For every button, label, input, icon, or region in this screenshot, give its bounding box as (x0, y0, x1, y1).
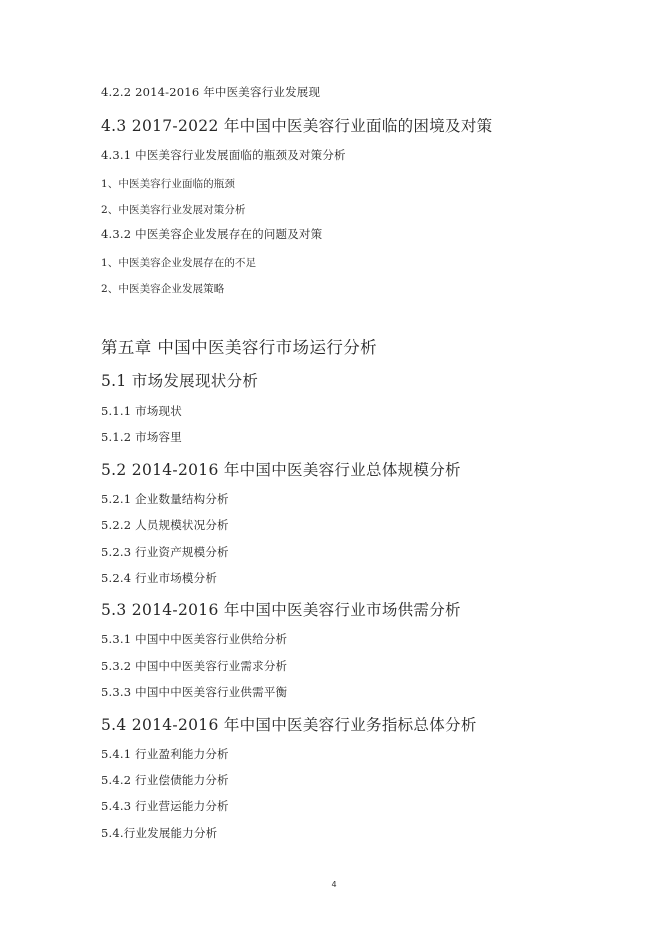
toc-entry-5-3-1: 5.3.1 中国中中医美容行业供给分析 (101, 631, 287, 647)
toc-item-4-3-1-1: 1、中医美容行业面临的瓶颈 (101, 176, 235, 191)
toc-entry-4-2-2: 4.2.2 2014-2016 年中医美容行业发展现 (101, 84, 320, 100)
toc-chapter-5: 第五章 中国中医美容行市场运行分析 (101, 334, 377, 358)
toc-entry-5-2-4: 5.2.4 行业市场模分析 (101, 570, 217, 586)
page-number: 4 (0, 880, 668, 889)
toc-entry-5-1: 5.1 市场发展现状分析 (101, 369, 258, 391)
toc-entry-5-3: 5.3 2014-2016 年中国中医美容行业市场供需分析 (101, 598, 461, 620)
toc-entry-4-3-2: 4.3.2 中医美容企业发展存在的问题及对策 (101, 226, 322, 242)
toc-entry-5-2: 5.2 2014-2016 年中国中医美容行业总体规模分析 (101, 458, 461, 480)
toc-item-4-3-2-2: 2、中医美容企业发展策略 (101, 281, 224, 296)
toc-item-4-3-2-1: 1、中医美容企业发展存在的不足 (101, 255, 256, 270)
toc-entry-5-4-4: 5.4.行业发展能力分析 (101, 825, 217, 841)
toc-entry-5-4-2: 5.4.2 行业偿债能力分析 (101, 772, 229, 788)
toc-entry-5-4-1: 5.4.1 行业盈利能力分析 (101, 746, 229, 762)
toc-entry-5-4: 5.4 2014-2016 年中国中医美容行业务指标总体分析 (101, 713, 477, 735)
toc-entry-5-2-1: 5.2.1 企业数量结构分析 (101, 491, 229, 507)
document-page: 4.2.2 2014-2016 年中医美容行业发展现 4.3 2017-2022… (0, 0, 668, 941)
toc-item-4-3-1-2: 2、中医美容行业发展对策分析 (101, 202, 246, 217)
toc-entry-5-3-3: 5.3.3 中国中中医美容行业供需平衡 (101, 684, 287, 700)
toc-entry-5-4-3: 5.4.3 行业营运能力分析 (101, 798, 229, 814)
toc-entry-5-1-2: 5.1.2 市场容里 (101, 429, 182, 445)
toc-entry-4-3: 4.3 2017-2022 年中国中医美容行业面临的困境及对策 (101, 114, 492, 136)
toc-entry-5-3-2: 5.3.2 中国中中医美容行业需求分析 (101, 658, 287, 674)
toc-entry-5-2-3: 5.2.3 行业资产规模分析 (101, 544, 229, 560)
toc-entry-5-2-2: 5.2.2 人员规模状况分析 (101, 517, 229, 533)
toc-entry-4-3-1: 4.3.1 中医美容行业发展面临的瓶颈及对策分析 (101, 147, 346, 163)
toc-entry-5-1-1: 5.1.1 市场现状 (101, 403, 182, 419)
